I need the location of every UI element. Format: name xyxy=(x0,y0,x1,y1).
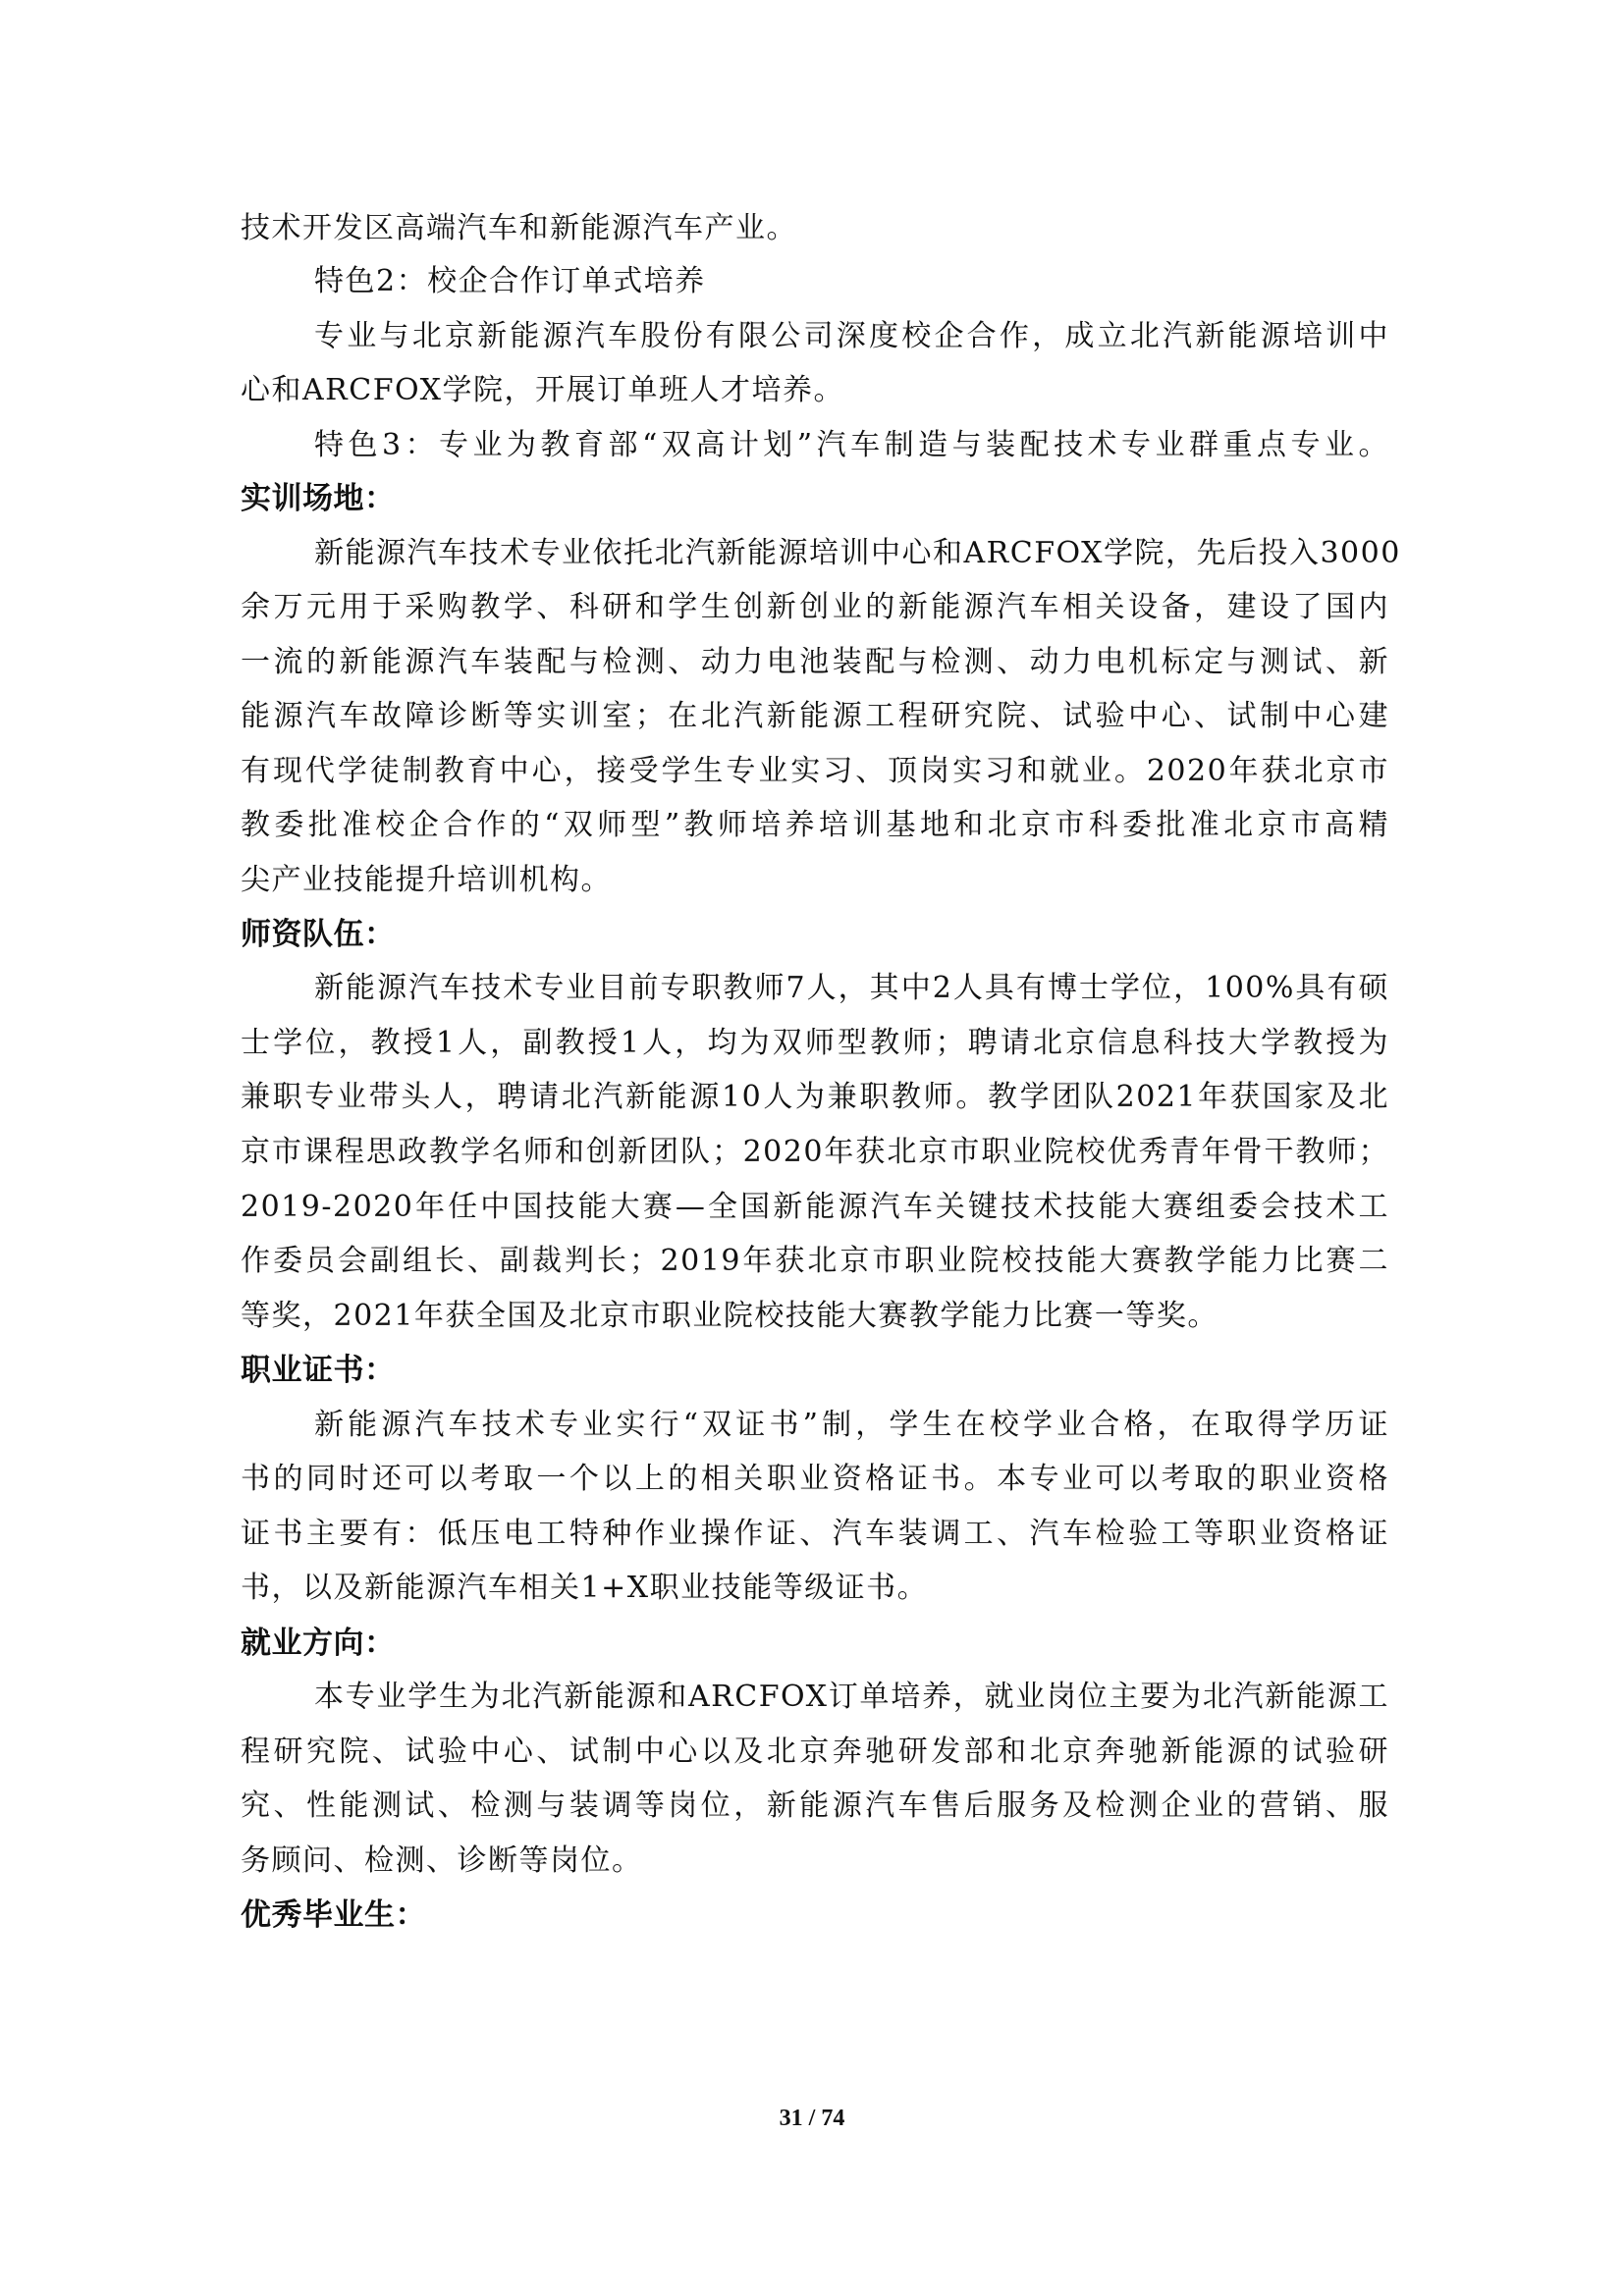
paragraph-line: 究、性能测试、检测与装调等岗位，新能源汽车售后服务及检测企业的营销、服 xyxy=(241,1787,1389,1826)
paragraph-line: 尖产业技能提升培训机构。 xyxy=(241,861,1389,900)
document-page: 技术开发区高端汽车和新能源汽车产业。 特色2：校企合作订单式培养 专业与北京新能… xyxy=(0,0,1624,2296)
paragraph-line: 一流的新能源汽车装配与检测、动力电池装配与检测、动力电机标定与测试、新 xyxy=(241,643,1389,682)
paragraph-line: 务顾问、检测、诊断等岗位。 xyxy=(241,1842,1389,1881)
paragraph-line: 等奖，2021年获全国及北京市职业院校技能大赛教学能力比赛一等奖。 xyxy=(241,1297,1389,1336)
paragraph-line: 京市课程思政教学名师和创新团队；2020年获北京市职业院校优秀青年骨干教师； xyxy=(241,1133,1389,1172)
section-heading-training-facilities: 实训场地： xyxy=(241,479,396,518)
section-heading-employment: 就业方向： xyxy=(241,1624,396,1663)
paragraph-line: 专业与北京新能源汽车股份有限公司深度校企合作，成立北汽新能源培训中 xyxy=(314,317,1389,356)
section-heading-faculty: 师资队伍： xyxy=(241,915,396,954)
paragraph-line: 程研究院、试验中心、试制中心以及北京奔驰研发部和北京奔驰新能源的试验研 xyxy=(241,1733,1389,1772)
feature-3-line: 特色3：专业为教育部“双高计划”汽车制造与装配技术专业群重点专业。 xyxy=(314,426,1389,465)
paragraph-line: 新能源汽车技术专业实行“双证书”制，学生在校学业合格，在取得学历证 xyxy=(314,1406,1389,1445)
paragraph-line: 新能源汽车技术专业依托北汽新能源培训中心和ARCFOX学院，先后投入3000 xyxy=(314,534,1389,573)
paragraph-line: 有现代学徒制教育中心，接受学生专业实习、顶岗实习和就业。2020年获北京市 xyxy=(241,752,1389,791)
page-number: 31 / 74 xyxy=(0,2106,1624,2132)
section-heading-outstanding-graduates: 优秀毕业生： xyxy=(241,1896,426,1935)
paragraph-line: 教委批准校企合作的“双师型”教师培养培训基地和北京市科委批准北京市高精 xyxy=(241,806,1389,845)
paragraph-line: 技术开发区高端汽车和新能源汽车产业。 xyxy=(241,209,1389,248)
paragraph-line: 证书主要有：低压电工特种作业操作证、汽车装调工、汽车检验工等职业资格证 xyxy=(241,1515,1389,1554)
section-heading-certificates: 职业证书： xyxy=(241,1351,396,1390)
paragraph-line: 能源汽车故障诊断等实训室；在北汽新能源工程研究院、试验中心、试制中心建 xyxy=(241,697,1389,736)
paragraph-line: 兼职专业带头人，聘请北汽新能源10人为兼职教师。教学团队2021年获国家及北 xyxy=(241,1078,1389,1117)
paragraph-line: 作委员会副组长、副裁判长；2019年获北京市职业院校技能大赛教学能力比赛二 xyxy=(241,1242,1389,1281)
feature-2-line: 特色2：校企合作订单式培养 xyxy=(314,262,1389,301)
paragraph-line: 士学位，教授1人，副教授1人，均为双师型教师；聘请北京信息科技大学教授为 xyxy=(241,1024,1389,1063)
paragraph-line: 新能源汽车技术专业目前专职教师7人，其中2人具有博士学位，100%具有硕 xyxy=(314,969,1389,1008)
paragraph-line: 余万元用于采购教学、科研和学生创新创业的新能源汽车相关设备，建设了国内 xyxy=(241,588,1389,627)
paragraph-line: 本专业学生为北汽新能源和ARCFOX订单培养，就业岗位主要为北汽新能源工 xyxy=(314,1678,1389,1717)
paragraph-line: 心和ARCFOX学院，开展订单班人才培养。 xyxy=(241,371,1389,410)
paragraph-line: 2019-2020年任中国技能大赛—全国新能源汽车关键技术技能大赛组委会技术工 xyxy=(241,1188,1389,1227)
paragraph-line: 书的同时还可以考取一个以上的相关职业资格证书。本专业可以考取的职业资格 xyxy=(241,1460,1389,1499)
paragraph-line: 书，以及新能源汽车相关1+X职业技能等级证书。 xyxy=(241,1569,1389,1608)
